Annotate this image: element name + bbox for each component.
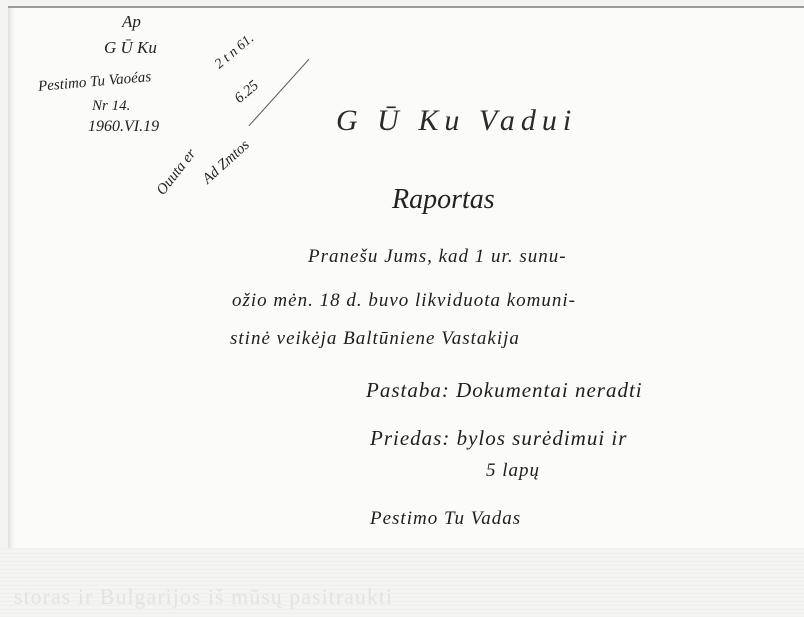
- attachment-label: Priedas:: [370, 426, 450, 450]
- underlying-text-2: storas ir Bulgarijos iš mūsų pasitraukti: [14, 584, 393, 610]
- note-line: Pastaba: Dokumentai neradti: [366, 378, 643, 403]
- attachment-value: bylos surėdimui ir: [457, 426, 628, 450]
- margin-note-2: G Ū Ku: [104, 38, 157, 58]
- note-label: Pastaba:: [366, 378, 450, 402]
- body-line-1: Pranešu Jums, kad 1 ur. sunu-: [308, 246, 567, 268]
- margin-note-4: Nr 14.: [92, 98, 130, 115]
- rotated-note-4: Ad Zmtos: [200, 137, 254, 188]
- document-photo: Ap G Ū Ku Pestimo Tu Vaoéas Nr 14. 1960.…: [8, 6, 804, 550]
- addressee: G Ū Ku Vadui: [336, 104, 577, 138]
- signature: Pestimo Tu Vadas: [370, 508, 521, 530]
- body-line-2: ožio mėn. 18 d. buvo likviduota komuni-: [232, 290, 576, 312]
- report-heading: Raportas: [392, 184, 495, 216]
- rotated-note-3: Ouuta er: [154, 146, 200, 199]
- underlying-page: storas ir Bulgarijos iš mūsų pasitraukti: [0, 548, 804, 617]
- note-value: Dokumentai neradti: [456, 378, 643, 402]
- margin-note-3: Pestimo Tu Vaoéas: [37, 69, 151, 96]
- rotated-note-2: 6.25: [232, 78, 263, 108]
- attachment-line-2: 5 lapų: [486, 460, 540, 482]
- attachment-line: Priedas: bylos surėdimui ir: [370, 426, 627, 451]
- body-line-3: stinė veikėja Baltūniene Vastakija: [230, 328, 520, 350]
- margin-note-5: 1960.VI.19: [88, 118, 159, 136]
- margin-note-1: Ap: [122, 12, 141, 32]
- rotated-note-1: 2 t n 61.: [212, 31, 257, 73]
